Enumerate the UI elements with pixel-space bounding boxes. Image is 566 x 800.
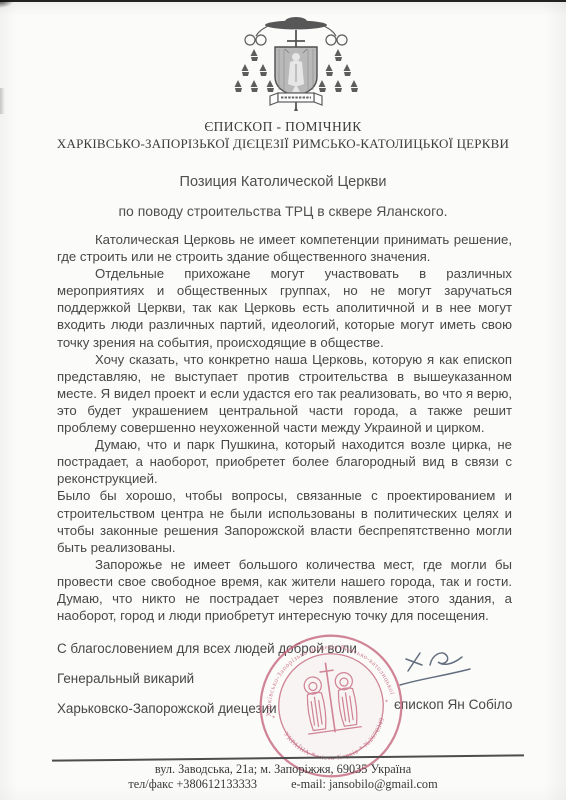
body-paragraph: Хочу сказать, что конкретно наша Церковь… — [57, 351, 512, 436]
svg-text:*: * — [272, 714, 276, 723]
body-paragraph: Отдельные прихожане могут участвовать в … — [57, 265, 512, 350]
letterhead-subtitle: ХАРКІВСЬКО-ЗАПОРІЗЬКОЇ ДІЄЦЕЗІЇ РИМСЬКО-… — [0, 136, 566, 152]
signer-role-line2: Харьковско-Запорожской диецезии — [57, 701, 277, 716]
footer-email: e-mail: jansobilo@gmail.com — [291, 777, 438, 791]
signer-name: єпископ Ян Собіло — [394, 697, 512, 712]
scan-artifact-corner-smudge — [0, 0, 14, 8]
body-paragraph: Католическая Церковь не имеет компетенци… — [57, 231, 512, 265]
document-title: Позиция Католической Церкви — [0, 174, 566, 190]
scan-artifact-top-edge — [0, 0, 566, 2]
scan-artifact-left-smudge — [0, 88, 5, 114]
footer-phone: тел/факс +380612133333 — [128, 777, 257, 791]
footer-address: вул. Заводська, 21а; м. Запоріжжя, 69035… — [0, 762, 566, 777]
episcopal-coat-of-arms-icon — [226, 16, 366, 112]
svg-text:*: * — [385, 698, 389, 707]
document-subtitle: по поводу строительства ТРЦ в сквере Яла… — [0, 203, 566, 219]
body-paragraph: Думаю, что и парк Пушкина, который наход… — [57, 436, 512, 487]
body-paragraph: Было бы хорошо, чтобы вопросы, связанные… — [57, 487, 512, 555]
letterhead-title: ЄПИСКОП - ПОМІЧНИК — [0, 119, 566, 135]
letter-body: Католическая Церковь не имеет компетенци… — [57, 231, 512, 624]
scanned-letter-page: ЄПИСКОП - ПОМІЧНИК ХАРКІВСЬКО-ЗАПОРІЗЬКО… — [0, 0, 566, 800]
body-paragraph: Запорожье не имеет большого количества м… — [57, 556, 512, 624]
footer-contacts: тел/факс +380612133333e-mail: jansobilo@… — [0, 777, 566, 792]
signer-role-line1: Генеральный викарий — [57, 671, 194, 686]
diocese-round-stamp: Харківсько-Запорізька Дієцезія Римсько-к… — [254, 630, 408, 782]
